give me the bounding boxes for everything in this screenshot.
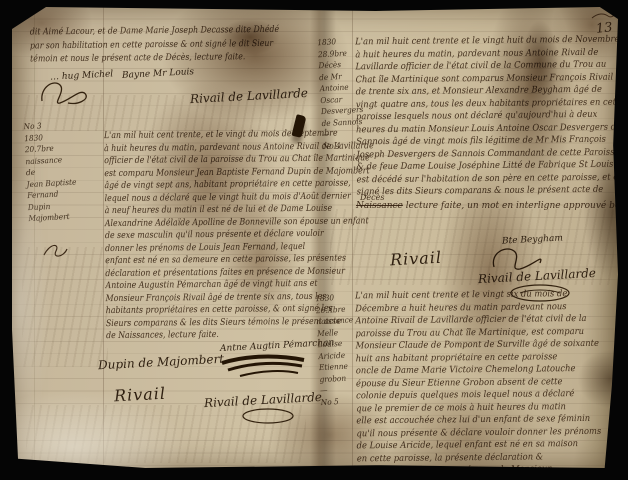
scanned-register-photo: dit Aimé Lacour, et de Dame Marie Joseph… — [0, 0, 628, 480]
ink-stains — [12, 7, 618, 468]
manuscript-spread: dit Aimé Lacour, et de Dame Marie Joseph… — [12, 7, 618, 468]
